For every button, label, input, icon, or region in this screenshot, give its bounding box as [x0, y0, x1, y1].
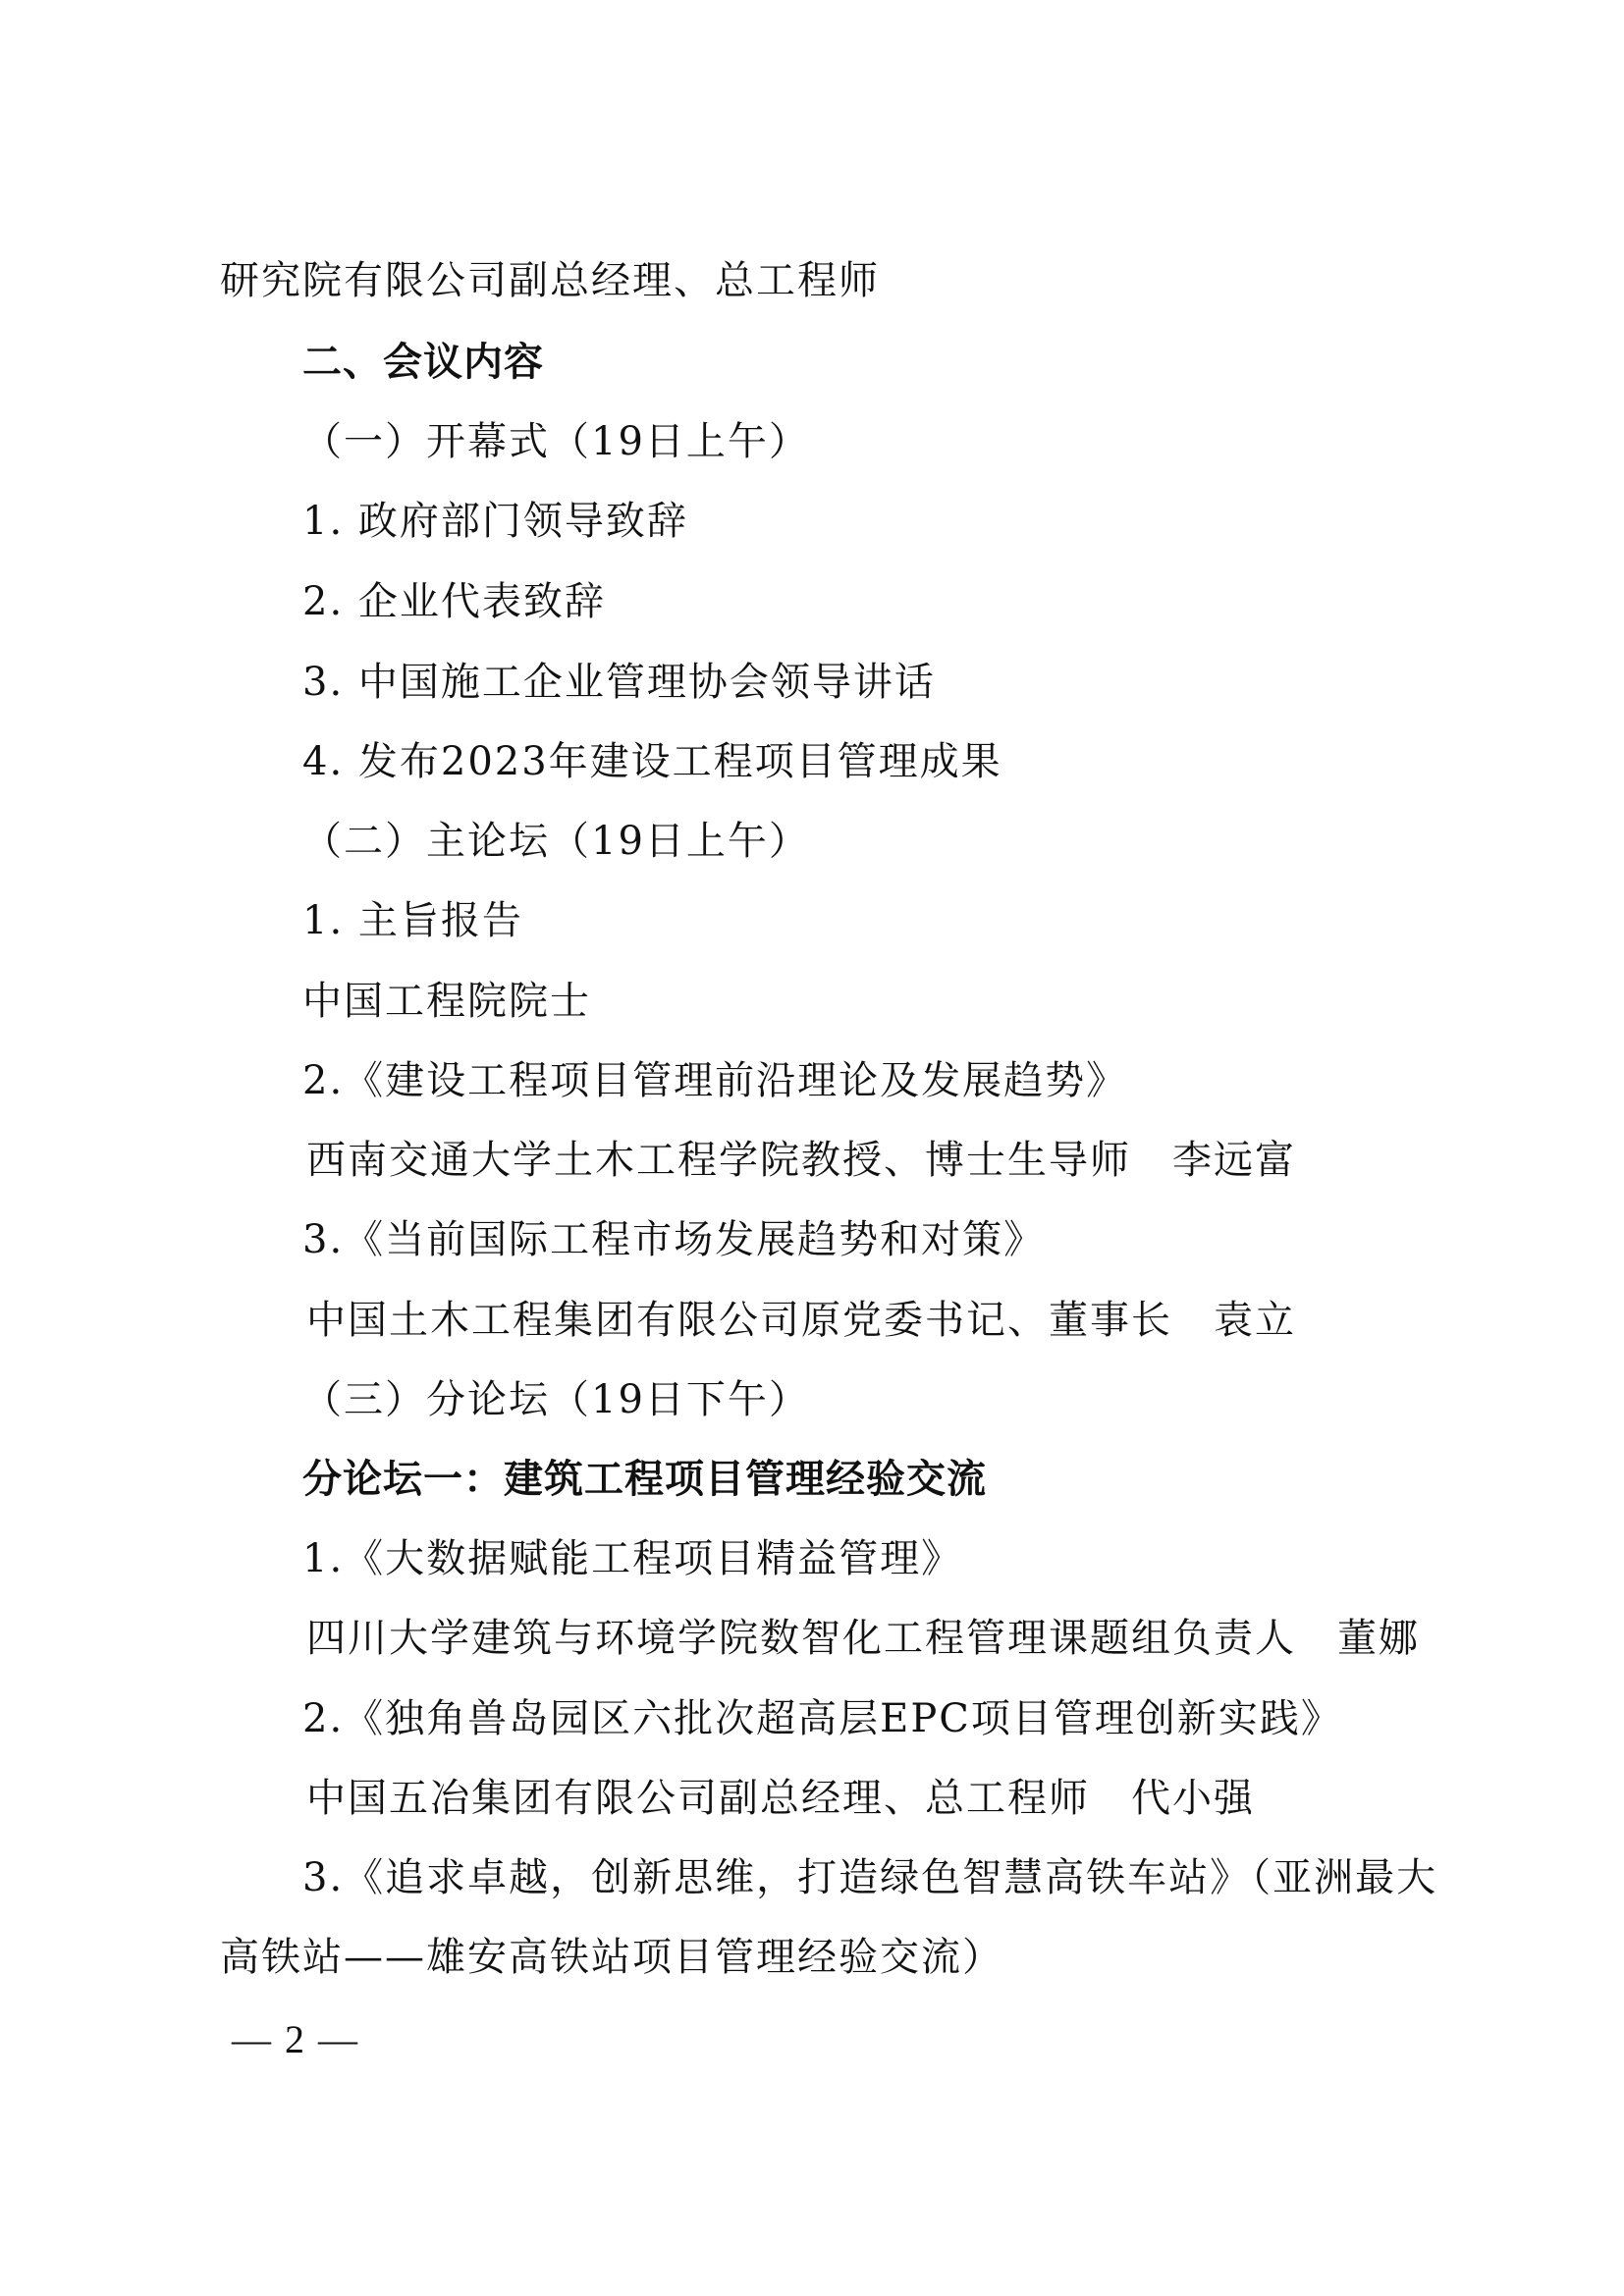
list-item: 2.《建设工程项目管理前沿理论及发展趋势》: [302, 1057, 1127, 1104]
speaker-line: 中国五冶集团有限公司副总经理、总工程师 代小强: [306, 1775, 1255, 1822]
subsection-sub-forum: （三）分论坛（19日下午）: [302, 1376, 810, 1423]
section-heading-meeting-content: 二、会议内容: [302, 339, 544, 386]
list-item: 1. 政府部门领导致辞: [302, 498, 688, 545]
speaker-line: 西南交通大学土木工程学院教授、博士生导师 李远富: [306, 1137, 1296, 1184]
list-item: 1. 主旨报告: [302, 897, 523, 944]
list-item: 2. 企业代表致辞: [302, 578, 606, 625]
list-item: 2.《独角兽岛园区六批次超高层EPC项目管理创新实践》: [302, 1695, 1342, 1742]
page-number: — 2 —: [232, 2016, 359, 2063]
text-line-continuation: 研究院有限公司副总经理、总工程师: [220, 257, 880, 304]
forum-heading: 分论坛一：建筑工程项目管理经验交流: [302, 1456, 987, 1503]
speaker-line: 中国土木工程集团有限公司原党委书记、董事长 袁立: [306, 1297, 1296, 1344]
list-item: 3.《当前国际工程市场发展趋势和对策》: [302, 1216, 1045, 1263]
subsection-opening-ceremony: （一）开幕式（19日上午）: [302, 418, 810, 465]
document-page: 研究院有限公司副总经理、总工程师 二、会议内容 （一）开幕式（19日上午） 1.…: [0, 0, 1624, 2296]
speaker-line: 四川大学建筑与环境学院数智化工程管理课题组负责人 董娜: [306, 1615, 1420, 1662]
list-item: 3. 中国施工企业管理协会领导讲话: [302, 659, 936, 706]
text-line-continuation: 高铁站——雄安高铁站项目管理经验交流）: [220, 1934, 1003, 1981]
subsection-main-forum: （二）主论坛（19日上午）: [302, 818, 810, 865]
speaker-line: 中国工程院院士: [302, 978, 591, 1025]
list-item: 1.《大数据赋能工程项目精益管理》: [302, 1535, 962, 1582]
list-item: 4. 发布2023年建设工程项目管理成果: [302, 738, 1002, 785]
list-item: 3.《追求卓越，创新思维，打造绿色智慧高铁车站》（亚洲最大: [302, 1854, 1437, 1901]
